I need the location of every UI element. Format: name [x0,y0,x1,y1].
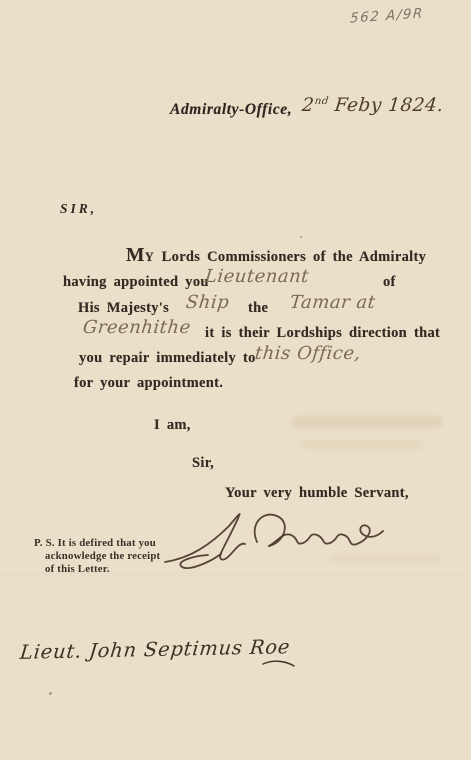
postscript-line-1: P. S. It is defired that you [34,537,156,549]
signature-autograph [163,504,398,576]
date-rest: Feby 1824. [327,95,445,116]
small-cap: Y [145,250,155,264]
closing-sir: Sir, [192,455,214,472]
office-heading: Admiralty-Office, [170,101,292,119]
date-handwritten: 2nd Feby 1824. [301,95,445,116]
ink-bleed-through [302,440,422,449]
vessel-type-handwritten: Ship [185,292,230,313]
postscript: P. S. It is defired that you acknowledge… [34,537,184,576]
fold-crease-lower [0,573,471,576]
body-line-3a: His Majesty's [78,300,169,317]
ink-bleed-through [330,556,440,561]
addressee-handwritten: Lieut. John Septimus Roe [19,635,292,664]
addressee-flourish [262,658,296,670]
drop-initial: M [126,245,145,266]
archive-reference-note: 562 A/9R [350,5,425,26]
closing-servant: Your very humble Servant, [225,485,409,502]
body-line-1-text: Lords Commissioners of the Admiralty [155,249,426,265]
letter-page: 562 A/9R Admiralty-Office, 2nd Feby 1824… [0,0,471,760]
body-line-4: it is their Lordships direction that [205,325,440,342]
rank-handwritten: Lieutenant [204,266,310,287]
body-line-2a: having appointed you [63,274,209,291]
fold-crease-upper [0,186,471,189]
report-place-handwritten: this Office, [254,343,362,364]
ship-name-handwritten: Tamar at [289,292,377,313]
paper-speck [49,692,52,695]
closing-i-am: I am, [154,417,191,434]
body-line-2b: of [383,274,396,291]
paper-speck [300,236,302,238]
salutation: SIR, [60,201,97,217]
postscript-line-2: acknowledge the receipt [34,550,184,563]
ink-bleed-through [292,416,442,428]
body-line-6: for your appointment. [74,375,223,392]
body-line-5: you repair immediately to [79,350,256,367]
body-line-3b: the [248,300,268,317]
body-line-1: MY Lords Commissioners of the Admiralty [126,245,426,267]
location-handwritten: Greenhithe [82,317,192,338]
